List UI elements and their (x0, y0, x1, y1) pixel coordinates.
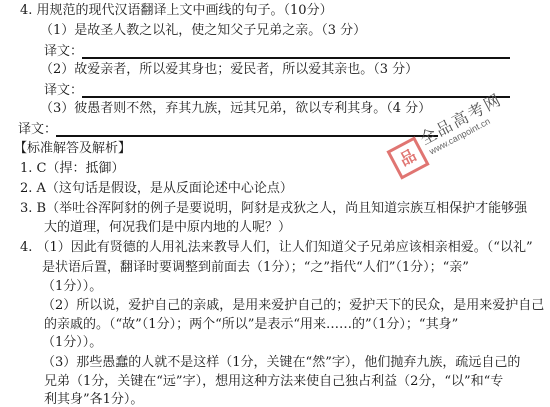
answer-label-3: 译文： (18, 121, 57, 139)
answer-3: 3. B（举吐谷浑阿豺的例子是要说明，阿豺是戎狄之人，尚且知道宗族互相保护才能够… (20, 200, 527, 218)
answer-1: 1. C（捍：抵御） (20, 160, 124, 178)
answer-4-3-cont: 兄弟（1分，关键在“远”字），想用这种方法来使自己独占利益（2分，“以”和“专 (44, 373, 503, 391)
question-item-1: （1）是故圣人教之以礼，使之知父子兄弟之亲。（3 分） (40, 22, 366, 40)
answer-2: 2. A（这句话是假设，是从反面论述中心论点） (20, 180, 293, 198)
answer-3-cont: 大的道理，何况我们是中原内地的人呢？） (44, 219, 291, 237)
answer-4-2: （2）所以说，爱护自己的亲戚，是用来爱护自己的；爱护天下的民众，是用来爱护自己 (42, 297, 544, 315)
answer-4-1-end: （1分））。 (42, 278, 102, 296)
answer-label-2: 译文： (44, 82, 83, 100)
question-title: 4. 用规范的现代汉语翻译上文中画线的句子。（10分） (20, 2, 333, 20)
answer-4-1: 4. （1）因此有贤德的人用礼法来教导人们，让人们知道父子兄弟应该相亲相爱。（“… (20, 239, 533, 257)
answer-4-3-end: 利其身”各1分）。 (44, 391, 143, 407)
answer-4-2-end: （1分））。 (42, 334, 102, 352)
question-item-2: （2）故爱亲者，所以爱其身也；爱民者，所以爱其亲也。（3 分） (40, 61, 418, 79)
answers-heading: 【标准解答及解析】 (14, 140, 131, 158)
answer-4-2-cont: 的亲戚的。（“故”（1分）；两个“所以”是表示“用来……的”（1分）；“其身” (44, 316, 458, 334)
answer-4-1-cont: 是状语后置，翻译时要调整到前面去（1分）；“之”指代“人们”（1分）；“亲” (42, 259, 469, 277)
question-item-3: （3）彼愚者则不然，弃其九族，远其兄弟，欲以专利其身。（4 分） (40, 100, 431, 118)
answer-4-3: （3）那些愚蠢的人就不是这样（1分，关键在“然”字），他们抛弃九族，疏远自己的 (42, 354, 520, 372)
answer-line-1 (82, 57, 510, 59)
answer-label-1: 译文： (44, 43, 83, 61)
